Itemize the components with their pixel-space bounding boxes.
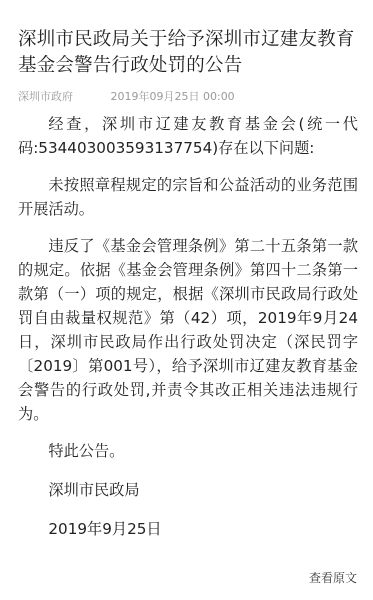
article-title: 深圳市民政局关于给予深圳市辽建友教育基金会警告行政处罚的公告 <box>18 27 360 79</box>
signature-date: 2019年9月25日 <box>18 517 358 541</box>
paragraph-problem: 未按照章程规定的宗旨和公益活动的业务范围开展活动。 <box>18 173 358 221</box>
paragraph-decision: 违反了《基金会管理条例》第二十五条第一款的规定。依据《基金会管理条例》第四十二条… <box>18 234 358 426</box>
article-source: 深圳市政府 <box>18 90 73 103</box>
view-original-link[interactable]: 查看原文 <box>309 569 357 586</box>
paragraph-findings: 经查，深圳市辽建友教育基金会(统一代码:534403003593137754)存… <box>18 112 358 160</box>
article-body: 经查，深圳市辽建友教育基金会(统一代码:534403003593137754)存… <box>18 112 358 556</box>
paragraph-closing: 特此公告。 <box>18 439 358 463</box>
article-datetime: 2019年09月25日 00:00 <box>111 90 235 103</box>
article-meta: 深圳市政府 2019年09月25日 00:00 <box>18 88 235 104</box>
signature-issuer: 深圳市民政局 <box>18 478 358 502</box>
